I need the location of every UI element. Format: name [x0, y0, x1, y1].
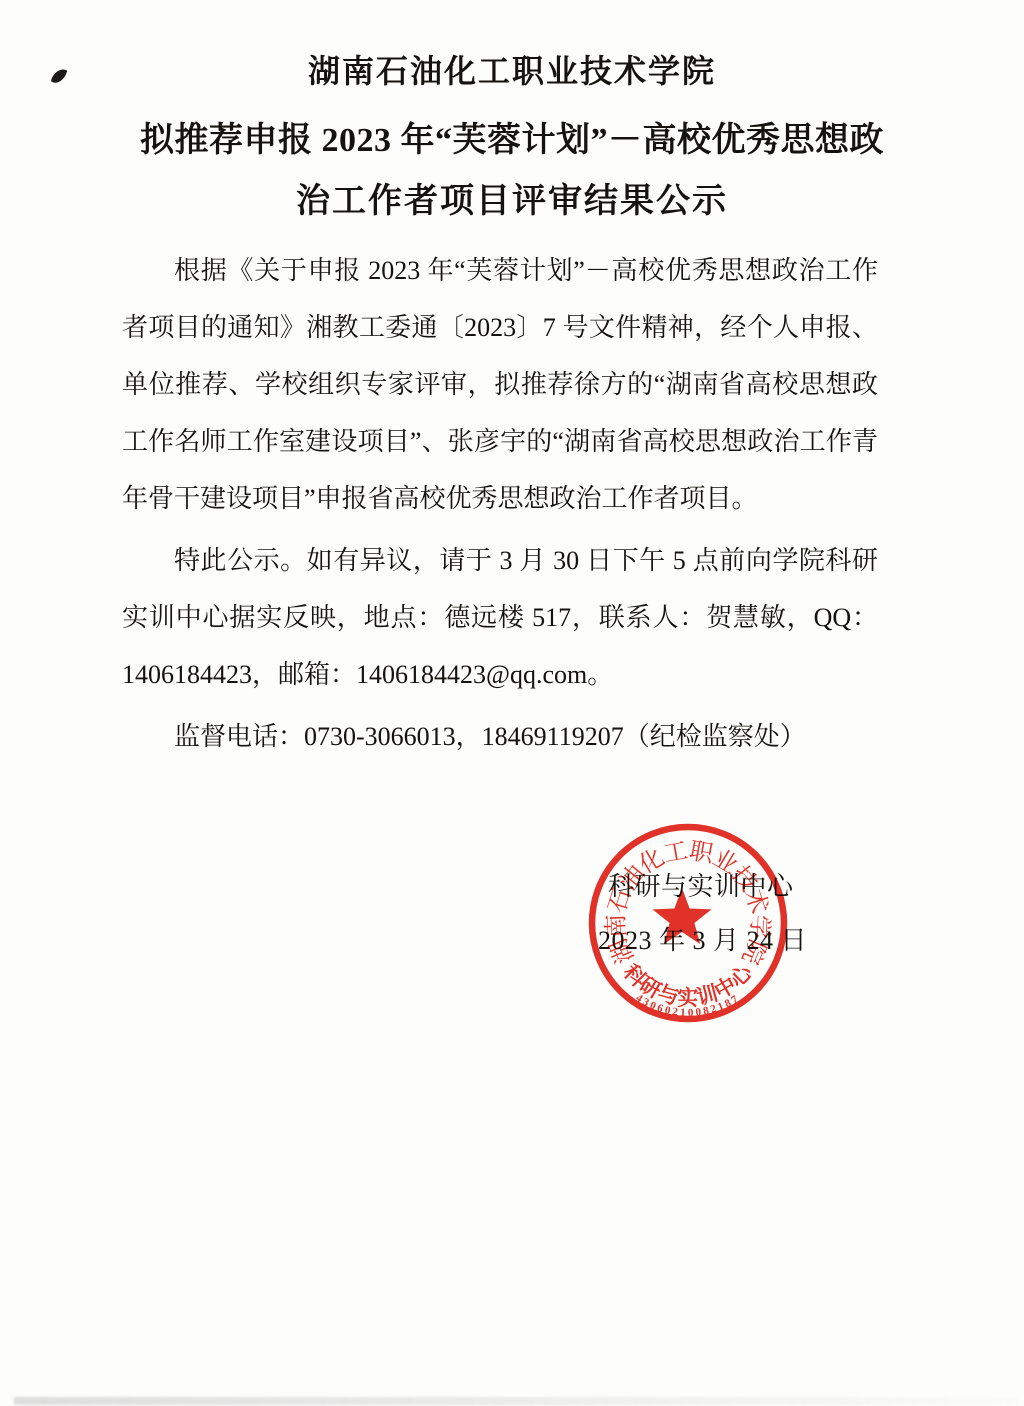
document-title-line2: 治工作者项目评审结果公示 — [0, 173, 1024, 222]
school-title: 湖南石油化工职业技术学院 — [0, 46, 1024, 92]
text-line: 根据《关于申报 2023 年“芙蓉计划”－高校优秀思想政治工作 — [122, 242, 878, 299]
official-seal: 湖南石油化工职业技术学院 科研与实训中心 43060210082187 — [585, 821, 792, 1028]
seal-star-icon — [653, 888, 712, 944]
paragraph: 根据《关于申报 2023 年“芙蓉计划”－高校优秀思想政治工作者项目的通知》湘教… — [122, 242, 878, 527]
scan-bleed-artifact — [14, 1397, 1018, 1405]
text-line: 工作名师工作室建设项目”、张彦宇的“湖南省高校思想政治工作青 — [122, 413, 878, 470]
text-line: 特此公示。如有异议，请于 3 月 30 日下午 5 点前向学院科研与 — [122, 532, 878, 589]
seal-ring-text: 湖南石油化工职业技术学院 — [603, 837, 774, 968]
paragraph: 监督电话：0730-3066013，18469119207（纪检监察处） — [122, 708, 878, 765]
document-title-line1: 拟推荐申报 2023 年“芙蓉计划”－高校优秀思想政 — [0, 112, 1024, 161]
svg-text:湖南石油化工职业技术学院: 湖南石油化工职业技术学院 — [603, 837, 774, 968]
text-line: 者项目的通知》湘教工委通〔2023〕7 号文件精神，经个人申报、各 — [122, 299, 878, 356]
text-line: 年骨干建设项目”申报省高校优秀思想政治工作者项目。 — [122, 470, 878, 527]
paragraph: 特此公示。如有异议，请于 3 月 30 日下午 5 点前向学院科研与实训中心据实… — [122, 532, 878, 703]
document-page: 湖南石油化工职业技术学院 拟推荐申报 2023 年“芙蓉计划”－高校优秀思想政 … — [0, 0, 1024, 1406]
text-line: 实训中心据实反映，地点：德远楼 517，联系人：贺慧敏，QQ： — [122, 589, 878, 646]
text-line: 1406184423，邮箱：1406184423@qq.com。 — [122, 646, 878, 703]
text-line: 单位推荐、学校组织专家评审，拟推荐徐方的“湖南省高校思想政治 — [122, 356, 878, 413]
body-text: 根据《关于申报 2023 年“芙蓉计划”－高校优秀思想政治工作者项目的通知》湘教… — [122, 242, 878, 765]
text-line: 监督电话：0730-3066013，18469119207（纪检监察处） — [122, 708, 878, 765]
